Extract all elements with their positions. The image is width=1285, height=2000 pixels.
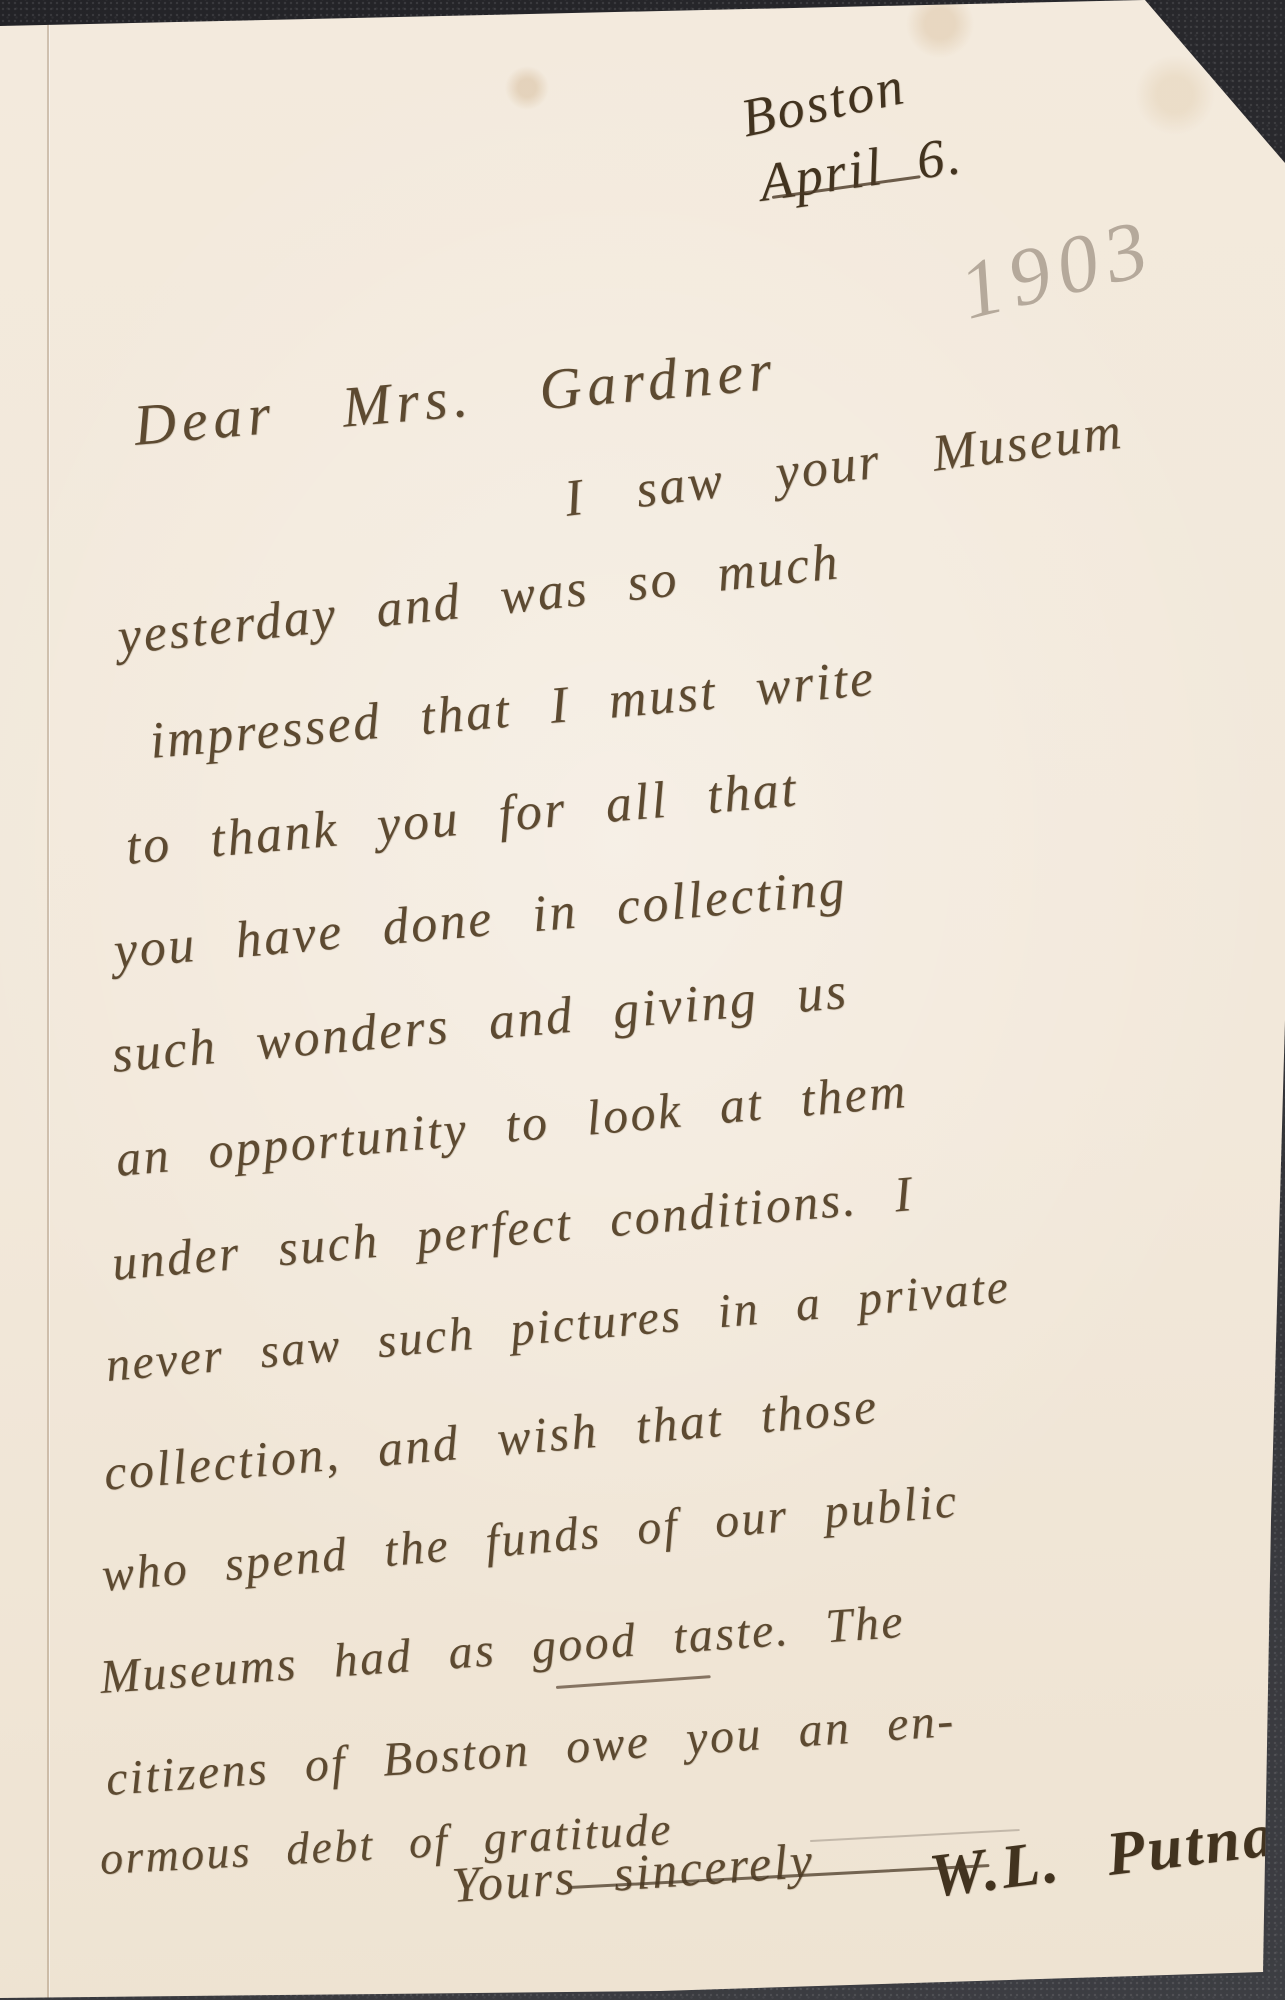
letter-body-line: under such perfect conditions. I xyxy=(109,1164,916,1292)
letter-body-line: I saw your Museum xyxy=(561,402,1126,529)
letter-date-day: 6. xyxy=(913,125,967,191)
letter-body-line: who spend the funds of our public xyxy=(100,1473,961,1603)
letter-year-pencil: 1903 xyxy=(951,200,1165,339)
letter-body-line: to thank you for all that xyxy=(123,759,800,877)
paper-fold-crease xyxy=(47,24,49,1998)
letter-signature: W.L. Putnam xyxy=(926,1793,1285,1912)
letter-body-line: such wonders and giving us xyxy=(109,962,850,1085)
letter-body-line: an opportunity to look at them xyxy=(113,1061,909,1188)
letter-body-line: collection, and wish that those xyxy=(101,1376,880,1502)
letter-body-line: impressed that I must write xyxy=(147,649,877,771)
strikethrough-mark-good xyxy=(556,1675,711,1689)
letter-body-line: yesterday and was so much xyxy=(115,532,843,667)
letter-salutation: Dear Mrs. Gardner xyxy=(131,336,780,459)
letter-body-line: you have done in collecting xyxy=(111,858,849,981)
letter-paper: Boston April6. 1903 Dear Mrs. Gardner I … xyxy=(0,0,1285,2000)
letter-body-line: Museums had as good taste. The xyxy=(98,1594,907,1705)
letter-body-line: citizens of Boston owe you an en- xyxy=(104,1693,957,1807)
letter-date-month: April xyxy=(756,136,888,213)
